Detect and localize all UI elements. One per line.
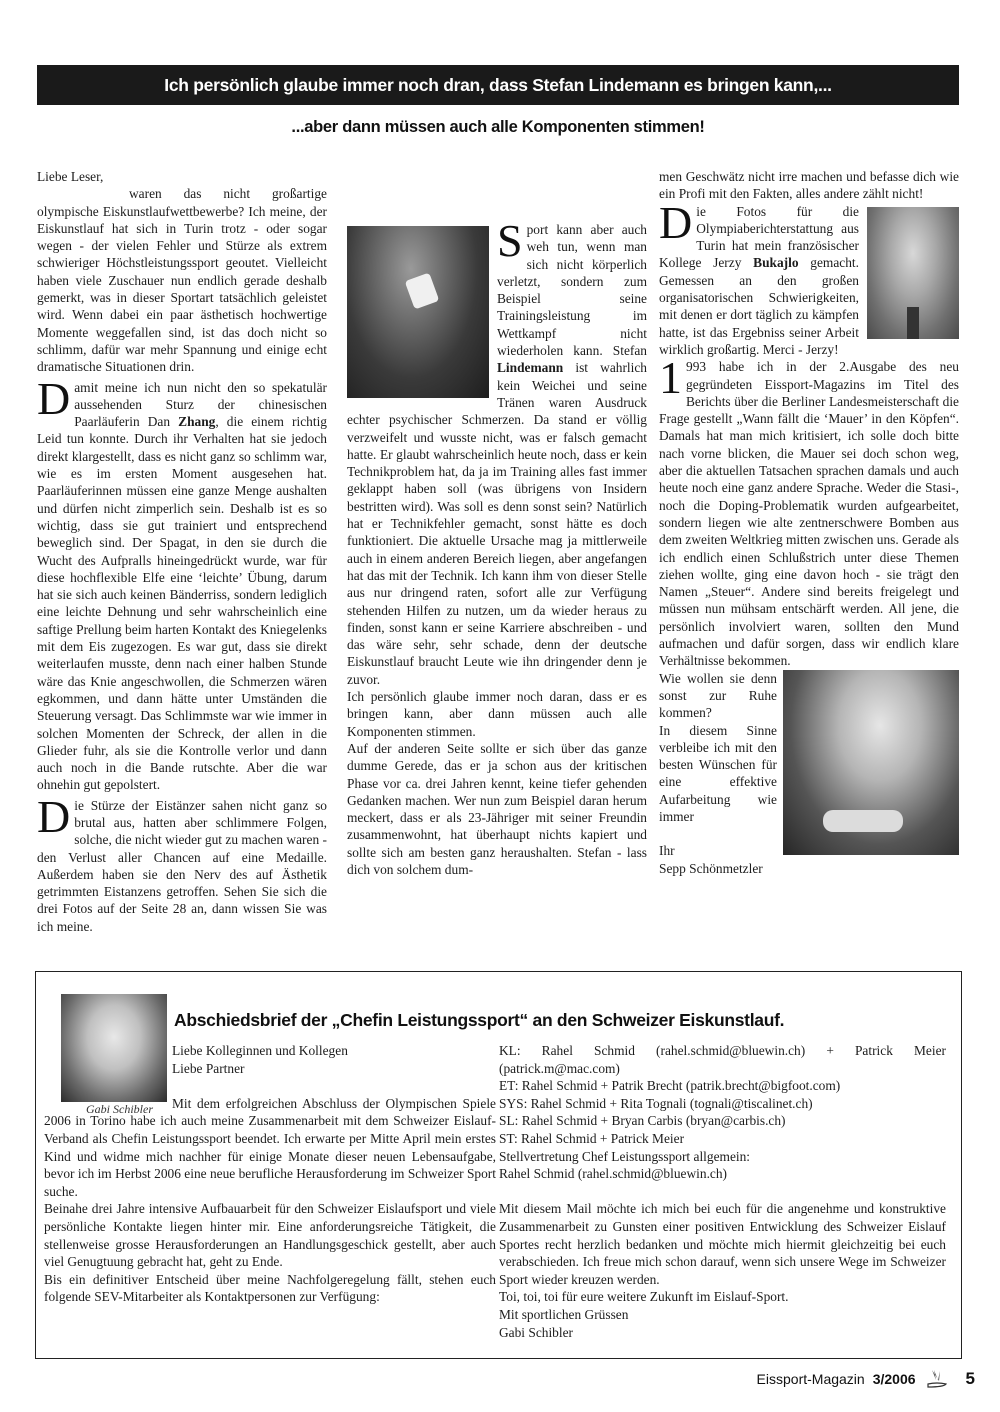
article-paragraph: men Geschwätz nicht irre machen und befa… bbox=[659, 168, 959, 203]
article-column-3: men Geschwätz nicht irre machen und befa… bbox=[659, 168, 959, 877]
letter-paragraph: Beinahe drei Jahre intensive Aufbauarbei… bbox=[44, 1200, 496, 1270]
drop-cap: 1 bbox=[659, 360, 682, 396]
article-paragraph: Ich persönlich glaube immer noch daran, … bbox=[347, 688, 647, 740]
farewell-letter-box: Gabi Schibler Abschiedsbrief der „Chefin… bbox=[35, 971, 962, 1359]
contact-line: SL: Rahel Schmid + Bryan Carbis (bryan@c… bbox=[499, 1112, 946, 1130]
issue-number: 3/2006 bbox=[873, 1371, 916, 1387]
letter-paragraph: Toi, toi, toi für eure weitere Zukunft i… bbox=[499, 1288, 946, 1306]
photo-sepp-schoenmetzler bbox=[783, 670, 959, 855]
letter-paragraph: Mit diesem Mail möchte ich mich bei euch… bbox=[499, 1200, 946, 1288]
letter-paragraph: Bis ein definitiver Entscheid über meine… bbox=[44, 1271, 496, 1306]
tissue-shape bbox=[405, 272, 440, 309]
name-bukajlo: Bukajlo bbox=[753, 255, 798, 270]
contact-line: Rahel Schmid (rahel.schmid@bluewin.ch) bbox=[499, 1165, 946, 1183]
tie-shape bbox=[907, 307, 919, 339]
letter-signature: Gabi Schibler bbox=[499, 1324, 946, 1342]
contact-line: ET: Rahel Schmid + Patrik Brecht (patrik… bbox=[499, 1077, 946, 1095]
article-paragraph: waren das nicht großartige olympische Ei… bbox=[37, 185, 327, 375]
drop-cap: D bbox=[37, 799, 70, 835]
salutation: Liebe Leser, bbox=[37, 168, 327, 185]
photo-jerzy-bukajlo bbox=[867, 207, 959, 339]
contact-line: KL: Rahel Schmid (rahel.schmid@bluewin.c… bbox=[499, 1042, 946, 1077]
subheadline: ...aber dann müssen auch alle Komponente… bbox=[37, 118, 959, 137]
name-zhang: Zhang bbox=[178, 414, 215, 429]
article-paragraph: Die Stürze der Eistänzer sahen nicht gan… bbox=[37, 797, 327, 935]
contact-line: Stellvertretung Chef Leistungssport allg… bbox=[499, 1148, 946, 1166]
hands-shape bbox=[823, 810, 903, 832]
letter-right-column: KL: Rahel Schmid (rahel.schmid@bluewin.c… bbox=[499, 1042, 946, 1341]
drop-cap: D bbox=[37, 381, 70, 417]
drop-cap: S bbox=[497, 223, 523, 259]
headline-banner: Ich persönlich glaube immer noch dran, d… bbox=[37, 65, 959, 105]
letter-left-column: Liebe Kolleginnen und Kollegen Liebe Par… bbox=[44, 1042, 496, 1306]
greeting: Liebe Partner bbox=[44, 1060, 496, 1078]
contact-line: SYS: Rahel Schmid + Rita Tognali (tognal… bbox=[499, 1095, 946, 1113]
drop-cap: D bbox=[659, 205, 692, 241]
greeting: Liebe Kolleginnen und Kollegen bbox=[44, 1042, 496, 1060]
article-column-2: Sport kann aber auch weh tun, wenn man s… bbox=[347, 221, 647, 878]
article-paragraph: 1993 habe ich in der 2.Ausgabe des neu g… bbox=[659, 358, 959, 669]
headline-text: Ich persönlich glaube immer noch dran, d… bbox=[164, 75, 831, 96]
article-column-1: Liebe Leser, waren das nicht großartige … bbox=[37, 168, 327, 935]
letter-paragraph: Mit dem erfolgreichen Abschluss der Olym… bbox=[44, 1095, 496, 1201]
page-footer: Eissport-Magazin 3/2006 5 bbox=[757, 1368, 975, 1390]
contact-line: ST: Rahel Schmid + Patrick Meier bbox=[499, 1130, 946, 1148]
skate-logo-icon bbox=[924, 1368, 950, 1390]
magazine-name: Eissport-Magazin bbox=[757, 1371, 865, 1387]
page-number: 5 bbox=[966, 1369, 975, 1389]
photo-lindemann-crying bbox=[347, 226, 489, 398]
name-lindemann: Lindemann bbox=[497, 360, 563, 375]
letter-closing: Mit sportlichen Grüssen bbox=[499, 1306, 946, 1324]
article-paragraph: Damit meine ich nun nicht den so spekatu… bbox=[37, 379, 327, 794]
signature: Sepp Schönmetzler bbox=[659, 860, 959, 877]
box-title: Abschiedsbrief der „Chefin Leistungsspor… bbox=[174, 1010, 951, 1031]
article-paragraph: Auf der anderen Seite sollte er sich übe… bbox=[347, 740, 647, 878]
